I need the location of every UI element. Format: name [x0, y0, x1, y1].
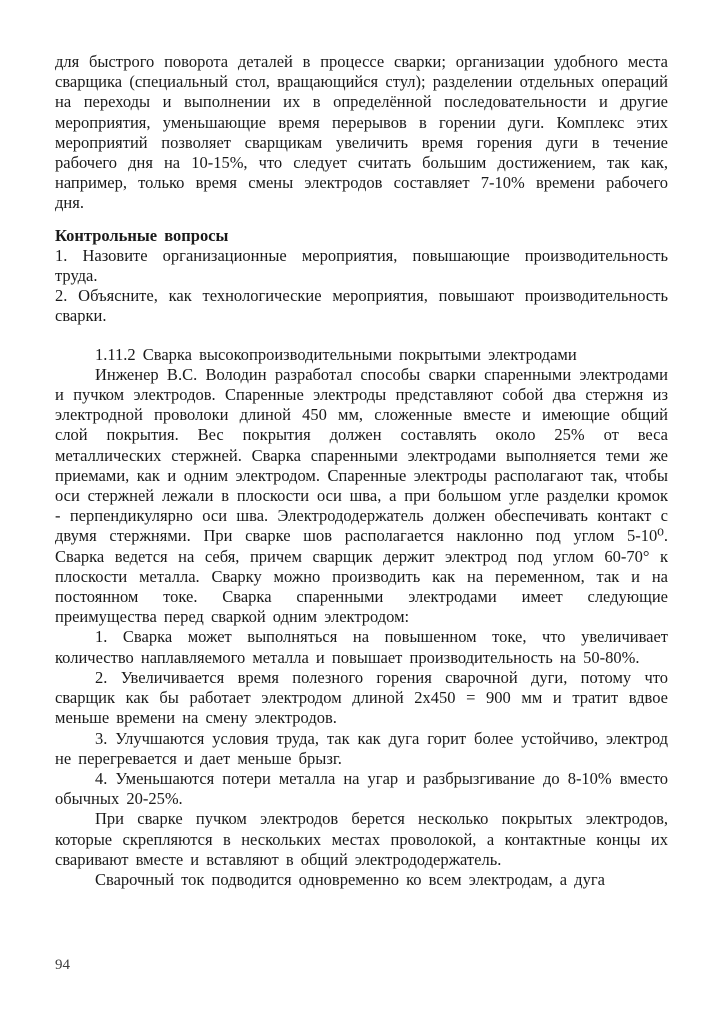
advantage-item-3: 3. Улучшаются условия труда, так как дуг…: [55, 729, 668, 769]
main-paragraph: Инженер В.С. Володин разработал способы …: [55, 365, 668, 628]
page-text-block: для быстрого поворота деталей в процессе…: [55, 52, 668, 890]
advantage-item-2: 2. Увеличивается время полезного горения…: [55, 668, 668, 729]
page-number: 94: [55, 957, 70, 974]
bundle-paragraph: При сварке пучком электродов берется нес…: [55, 809, 668, 870]
document-page: для быстрого поворота деталей в процессе…: [0, 0, 724, 1024]
question-item-1: 1. Назовите организационные мероприятия,…: [55, 246, 668, 286]
question-item-2: 2. Объясните, как технологические меропр…: [55, 286, 668, 326]
questions-heading: Контрольные вопросы: [55, 226, 668, 246]
advantage-item-4: 4. Уменьшаются потери металла на угар и …: [55, 769, 668, 809]
last-line-paragraph: Сварочный ток подводится одновременно ко…: [55, 870, 668, 890]
advantage-item-1: 1. Сварка может выполняться на повышенно…: [55, 627, 668, 667]
section-heading: 1.11.2 Сварка высокопроизводительными по…: [55, 345, 668, 365]
intro-paragraph: для быстрого поворота деталей в процессе…: [55, 52, 668, 214]
